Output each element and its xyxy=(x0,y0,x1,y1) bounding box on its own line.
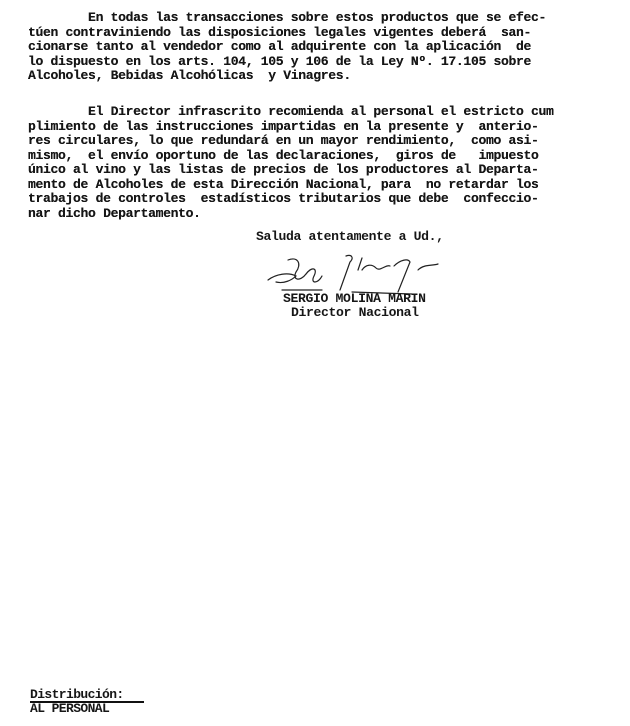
distribution-recipient: AL PERSONAL xyxy=(30,702,109,715)
paragraph-line: Alcoholes, Bebidas Alcohólicas y Vinagre… xyxy=(28,69,612,83)
distribution-label: Distribución: xyxy=(30,688,124,701)
signer-name: SERGIO MOLINA MARIN xyxy=(283,292,483,306)
salutation: Saluda atentamente a Ud., xyxy=(256,230,516,244)
paragraph-line: En todas las transacciones sobre estos p… xyxy=(28,11,612,25)
handwritten-signature-icon xyxy=(262,250,462,296)
paragraph-line: túen contraviniendo las disposiciones le… xyxy=(28,26,612,40)
document-page: En todas las transacciones sobre estos p… xyxy=(0,0,630,726)
paragraph-line: nar dicho Departamento. xyxy=(28,207,612,221)
paragraph-line: mismo, el envío oportuno de las declarac… xyxy=(28,149,612,163)
paragraph-line: lo dispuesto en los arts. 104, 105 y 106… xyxy=(28,55,612,69)
paragraph-line: res circulares, lo que redundará en un m… xyxy=(28,134,612,148)
paragraph-line: plimiento de las instrucciones impartida… xyxy=(28,120,612,134)
paragraph-line: trabajos de controles estadísticos tribu… xyxy=(28,192,612,206)
paragraph-line: único al vino y las listas de precios de… xyxy=(28,163,612,177)
paragraph-line: mento de Alcoholes de esta Dirección Nac… xyxy=(28,178,612,192)
paragraph-line: El Director infrascrito recomienda al pe… xyxy=(28,105,612,119)
signer-title: Director Nacional xyxy=(291,306,491,320)
paragraph-line: cionarse tanto al vendedor como al adqui… xyxy=(28,40,612,54)
